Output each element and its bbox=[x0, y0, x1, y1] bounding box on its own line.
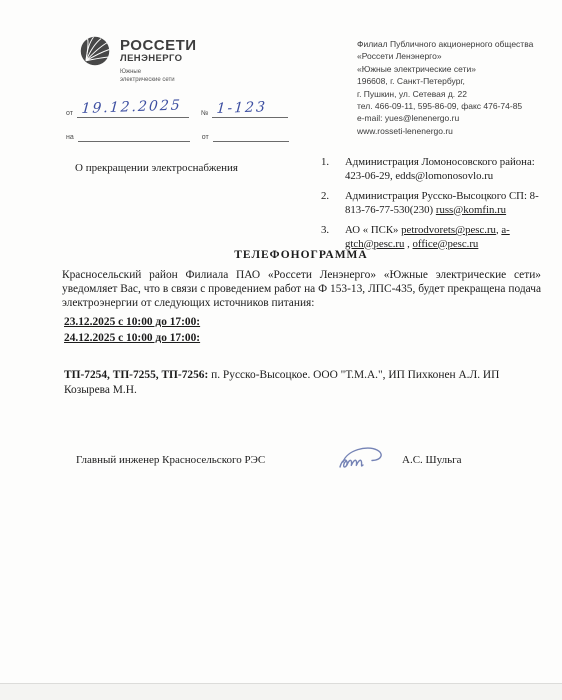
ref-ot-label: от bbox=[202, 134, 209, 142]
org-address-line: «Южные электрические сети» bbox=[357, 63, 547, 75]
ref-from-label: от bbox=[66, 110, 73, 118]
telegram-body-paragraph: Красносельский район Филиала ПАО «Россет… bbox=[62, 269, 541, 310]
org-address-block: Филиал Публичного акционерного общества«… bbox=[357, 38, 547, 137]
scanned-letter-page: { "colors": { "ink_blue": "#3d4fa1", "lo… bbox=[0, 0, 562, 700]
handwritten-number: 1-123 bbox=[216, 99, 267, 117]
subject-line: О прекращении электроснабжения bbox=[75, 162, 238, 174]
recipient-text-segment: Администрация Ломоносовского района: 423… bbox=[345, 156, 535, 182]
letterhead-logo-block: РОССЕТИ ЛЕНЭНЕРГО Южные электрические се… bbox=[80, 36, 197, 84]
recipient-item: 1.Администрация Ломоносовского района: 4… bbox=[321, 156, 546, 183]
division-name: Южные электрические сети bbox=[120, 69, 197, 84]
telegram-title: ТЕЛЕФОНОГРАММА bbox=[62, 249, 540, 261]
org-address-line: тел. 466-09-11, 595-86-09, факс 476-74-8… bbox=[357, 100, 547, 112]
ref-date-line: 19.12.2025 bbox=[77, 101, 189, 118]
brand-text: РОССЕТИ ЛЕНЭНЕРГО Южные электрические се… bbox=[120, 36, 197, 84]
ref-number-label: № bbox=[201, 110, 209, 118]
brand-name: РОССЕТИ bbox=[120, 38, 197, 53]
ref-na-label: на bbox=[66, 134, 74, 142]
ref-number-line: 1-123 bbox=[212, 101, 288, 118]
outage-date-line: 23.12.2025 с 10:00 до 17:00: bbox=[64, 315, 200, 331]
recipient-email: petrodvorets@pesc.ru bbox=[401, 224, 496, 236]
recipient-text-segment: , bbox=[404, 238, 412, 250]
org-address-line: e-mail: yues@lenenergo.ru bbox=[357, 112, 547, 124]
org-address-line: www.rosseti-lenenergo.ru bbox=[357, 125, 547, 137]
recipient-number: 2. bbox=[321, 190, 336, 217]
recipient-item: 2.Администрация Русско-Высоцкого СП: 8-8… bbox=[321, 190, 546, 217]
tp-paragraph: ТП-7254, ТП-7255, ТП-7256: п. Русско-Выс… bbox=[64, 368, 544, 397]
org-address-line: Филиал Публичного акционерного общества bbox=[357, 38, 547, 50]
recipient-text: АО « ПСК» petrodvorets@pesc.ru, a-gtch@p… bbox=[345, 224, 546, 251]
ref-row-date-number: от 19.12.2025 № 1-123 bbox=[66, 101, 311, 118]
document-paper: РОССЕТИ ЛЕНЭНЕРГО Южные электрические се… bbox=[0, 0, 562, 683]
handwritten-date: 19.12.2025 bbox=[81, 97, 182, 117]
recipient-text: Администрация Русско-Высоцкого СП: 8-813… bbox=[345, 190, 546, 217]
page-bottom-edge bbox=[0, 683, 562, 700]
org-address-line: 196608, г. Санкт-Петербург, bbox=[357, 75, 547, 87]
signer-position: Главный инженер Красносельского РЭС bbox=[76, 454, 265, 466]
outage-date-line: 24.12.2025 с 10:00 до 17:00: bbox=[64, 331, 200, 347]
ref-na-line bbox=[78, 125, 190, 142]
recipients-list: 1.Администрация Ломоносовского района: 4… bbox=[321, 156, 546, 258]
tp-list: ТП-7254, ТП-7255, ТП-7256: bbox=[64, 369, 208, 381]
division-line2: электрические сети bbox=[120, 77, 197, 85]
outage-dates: 23.12.2025 с 10:00 до 17:00:24.12.2025 с… bbox=[64, 315, 200, 346]
signer-name: А.С. Шульга bbox=[402, 454, 462, 466]
recipient-text: Администрация Ломоносовского района: 423… bbox=[345, 156, 546, 183]
recipient-item: 3.АО « ПСК» petrodvorets@pesc.ru, a-gtch… bbox=[321, 224, 546, 251]
brand-subname: ЛЕНЭНЕРГО bbox=[120, 53, 197, 65]
ref-number-block: от 19.12.2025 № 1-123 на от bbox=[66, 101, 311, 149]
ref-row-reply: на от bbox=[66, 125, 311, 142]
org-address-line: г. Пушкин, ул. Сетевая д. 22 bbox=[357, 88, 547, 100]
org-address-line: «Россети Ленэнерго» bbox=[357, 50, 547, 62]
recipient-email: russ@komfin.ru bbox=[436, 204, 506, 216]
recipient-text-segment: АО « ПСК» bbox=[345, 224, 401, 236]
recipient-number: 1. bbox=[321, 156, 336, 183]
ref-ot-line bbox=[213, 125, 289, 142]
handwritten-signature bbox=[334, 444, 388, 476]
recipient-number: 3. bbox=[321, 224, 336, 251]
rosseti-globe-icon bbox=[80, 36, 110, 66]
recipient-email: office@pesc.ru bbox=[413, 238, 479, 250]
division-line1: Южные bbox=[120, 69, 197, 77]
